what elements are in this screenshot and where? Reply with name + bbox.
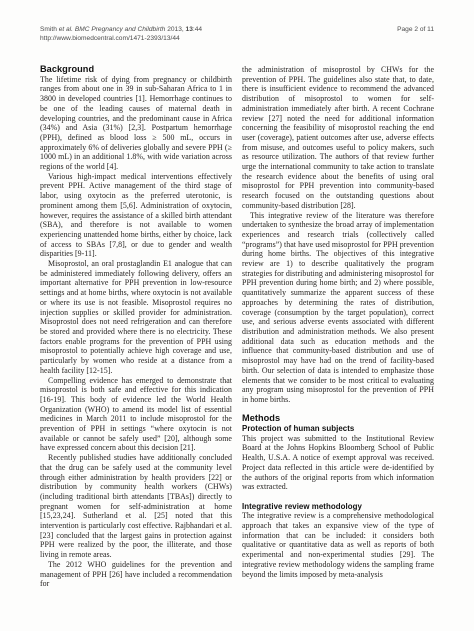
paragraph: Recently published studies have addition…	[40, 453, 232, 560]
citation-et-al: et al.	[59, 26, 75, 33]
paragraph: The 2012 WHO guidelines for the preventi…	[40, 560, 232, 589]
citation-url: http://www.biomedcentral.com/1471-2393/1…	[40, 34, 202, 43]
methods-heading: Methods	[242, 414, 434, 424]
running-header: Smith et al. BMC Pregnancy and Childbirt…	[40, 25, 434, 43]
right-column: the administration of misoprostol by CHW…	[242, 65, 434, 589]
paragraph: The lifetime risk of dying from pregnanc…	[40, 75, 232, 172]
paragraph: This integrative review of the literatur…	[242, 211, 434, 405]
citation-line: Smith et al. BMC Pregnancy and Childbirt…	[40, 25, 202, 34]
citation-issue-page: :44	[193, 26, 202, 33]
citation-block: Smith et al. BMC Pregnancy and Childbirt…	[40, 25, 202, 43]
background-heading: Background	[40, 65, 232, 75]
paragraph: This project was submitted to the Instit…	[242, 434, 434, 492]
citation-year: 2013,	[167, 26, 185, 33]
citation-journal: BMC Pregnancy and Childbirth	[75, 26, 167, 33]
paragraph: Various high-impact medical intervention…	[40, 172, 232, 259]
left-column: Background The lifetime risk of dying fr…	[40, 65, 232, 589]
article-body: Background The lifetime risk of dying fr…	[40, 65, 434, 589]
paragraph: the administration of misoprostol by CHW…	[242, 65, 434, 211]
citation-volume: 13	[186, 26, 193, 33]
paper-page: Smith et al. BMC Pregnancy and Childbirt…	[0, 0, 474, 631]
citation-authors: Smith	[40, 26, 59, 33]
paragraph: The integrative review is a comprehensiv…	[242, 511, 434, 579]
paragraph: Misoprostol, an oral prostaglandin E1 an…	[40, 259, 232, 375]
integrative-review-methodology-heading: Integrative review methodology	[242, 502, 434, 512]
page-number-label: Page 2 of 11	[397, 25, 434, 34]
protection-of-human-subjects-heading: Protection of human subjects	[242, 424, 434, 434]
paragraph: Compelling evidence has emerged to demon…	[40, 376, 232, 454]
